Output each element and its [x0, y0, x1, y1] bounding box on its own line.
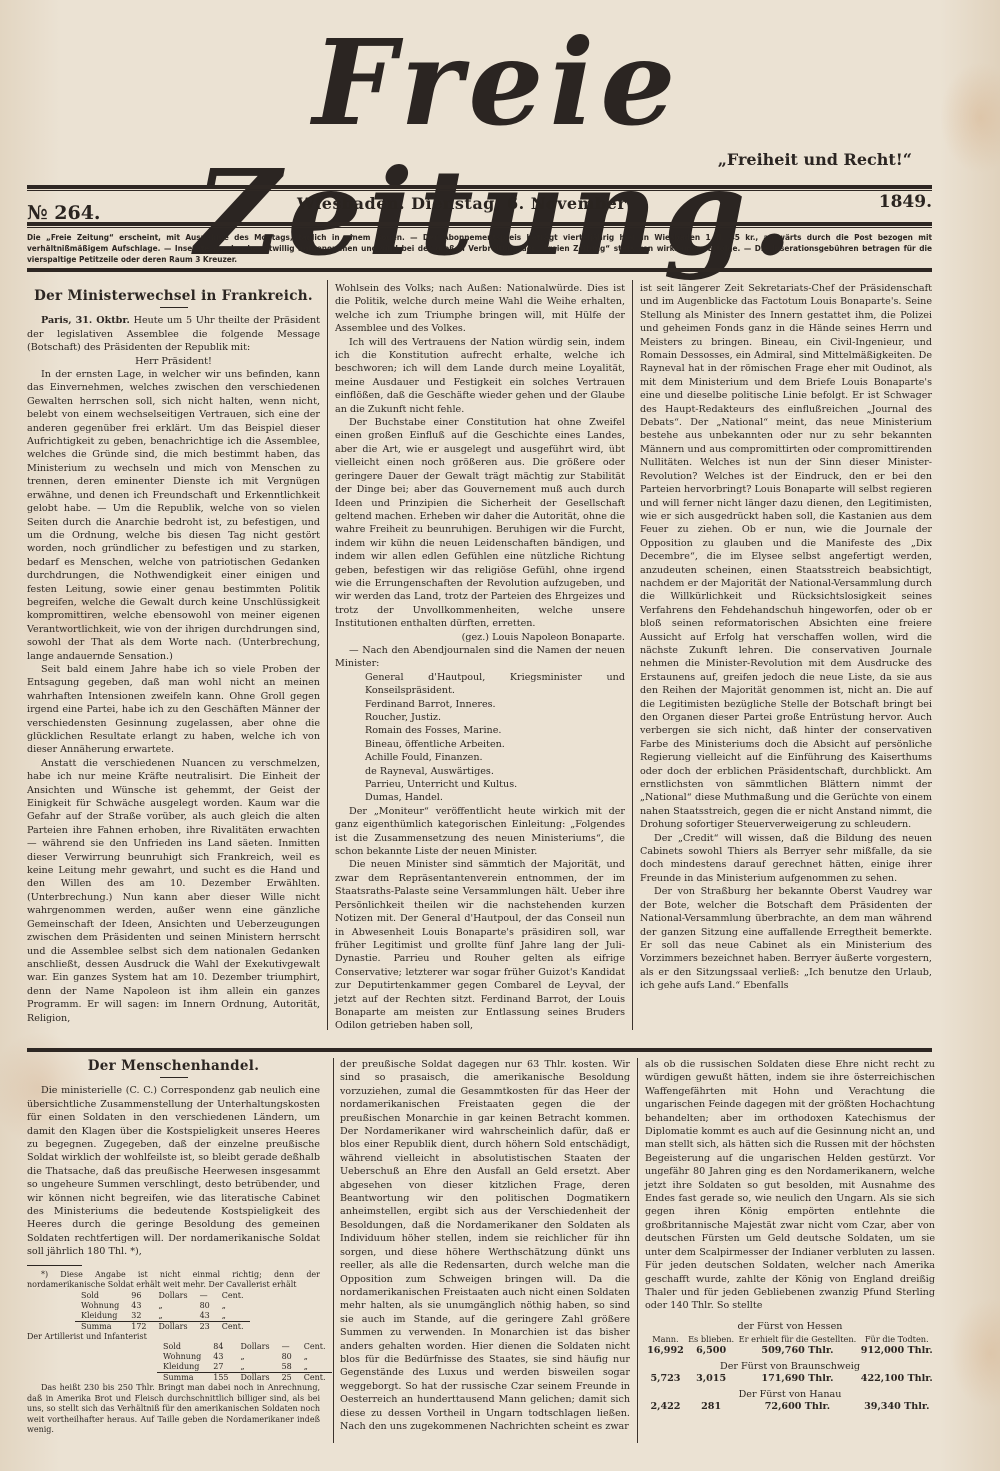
- table-row: Wohnung 43 „ 80 „: [75, 1301, 250, 1311]
- footnote: *) Diese Angabe ist nicht einmal richtig…: [27, 1270, 320, 1436]
- article1-paragraph: Der Buchstabe einer Constitution hat ohn…: [335, 416, 625, 631]
- cell-remained: 281: [686, 1401, 736, 1413]
- sum-cunit: Cent.: [216, 1321, 250, 1332]
- minister-item: Bineau, öffentliche Arbeiten.: [335, 738, 625, 751]
- pay-unit: Dollars: [235, 1342, 276, 1352]
- article1-headline: Der Ministerwechsel in Frankreich.: [27, 290, 320, 303]
- pay-cunit: „: [216, 1301, 250, 1311]
- pay-label: Wohnung: [157, 1352, 207, 1362]
- article1-column2: Wohlsein des Volks; nach Außen: National…: [335, 282, 625, 1033]
- article2-paragraph: Die ministerielle (C. C.) Correspondenz …: [27, 1084, 320, 1258]
- sum-dollars: 172: [125, 1321, 152, 1332]
- state-name: der Fürst von Hessen: [645, 1317, 935, 1333]
- column-divider: [637, 1058, 638, 1443]
- article2-paragraph: als ob die russischen Soldaten diese Ehr…: [645, 1058, 935, 1313]
- column-divider: [333, 1058, 334, 1443]
- column-divider: [327, 280, 328, 1030]
- minister-item: de Rayneval, Auswärtiges.: [335, 765, 625, 778]
- table-row: 2,422 281 72,600 Thlr. 39,340 Thlr.: [645, 1401, 935, 1413]
- pay-cents: 80: [276, 1352, 298, 1362]
- article2-column3: als ob die russischen Soldaten diese Ehr…: [645, 1058, 935, 1413]
- state-row: der Fürst von Hessen: [645, 1317, 935, 1333]
- cell-payment: 509,760 Thlr.: [736, 1345, 858, 1357]
- masthead-rule-top: [27, 185, 932, 189]
- column-header: Mann.: [645, 1333, 686, 1345]
- article1-column3: ist seit längerer Zeit Sekretariats-Chef…: [640, 282, 932, 993]
- notice-rule: [27, 268, 932, 272]
- cell-men: 5,723: [645, 1373, 686, 1385]
- footnote-intro: *) Diese Angabe ist nicht einmal richtig…: [27, 1270, 320, 1291]
- sum-unit: Dollars: [235, 1373, 276, 1384]
- salutation: Herr Präsident!: [27, 355, 320, 368]
- minister-item: Romain des Fosses, Marine.: [335, 724, 625, 737]
- sum-cents: 25: [276, 1373, 298, 1384]
- cell-payment: 171,690 Thlr.: [736, 1373, 858, 1385]
- cavalry-pay-table: Sold 96 Dollars — Cent. Wohnung 43 „ 80 …: [75, 1291, 250, 1332]
- minister-item: Ferdinand Barrot, Inneres.: [335, 698, 625, 711]
- state-name: Der Fürst von Braunschweig: [645, 1357, 935, 1373]
- section-rule: [27, 1048, 932, 1052]
- table-row: Sold 84 Dollars — Cent.: [157, 1342, 332, 1352]
- minister-item: Parrieu, Unterricht und Kultus.: [335, 778, 625, 791]
- pay-dollars: 84: [207, 1342, 234, 1352]
- table-row: Sold 96 Dollars — Cent.: [75, 1291, 250, 1301]
- headline-divider: [160, 1077, 188, 1078]
- infantry-label: Der Artillerist und Infanterist: [27, 1332, 320, 1343]
- headline-divider: [160, 307, 188, 308]
- article1-paragraph: ist seit längerer Zeit Sekretariats-Chef…: [640, 282, 932, 832]
- pay-cunit: Cent.: [298, 1342, 332, 1352]
- motto: „Freiheit und Recht!“: [718, 150, 912, 169]
- sum-cunit: Cent.: [298, 1373, 332, 1384]
- article2-column2: der preußische Soldat dagegen nur 63 Thl…: [340, 1058, 630, 1433]
- pay-unit: „: [153, 1311, 194, 1322]
- pay-cents: 80: [194, 1301, 216, 1311]
- cell-remained: 3,015: [686, 1373, 736, 1385]
- article1-paragraph: Der „Moniteur“ veröffentlicht heute wirk…: [335, 805, 625, 859]
- cell-dead: 912,000 Thlr.: [859, 1345, 935, 1357]
- cell-payment: 72,600 Thlr.: [736, 1401, 858, 1413]
- minister-item: Roucher, Justiz.: [335, 711, 625, 724]
- pay-cents: —: [194, 1291, 216, 1301]
- column-header: Er erhielt für die Gestellten.: [736, 1333, 858, 1345]
- pay-unit: „: [153, 1301, 194, 1311]
- article1-column1: Der Ministerwechsel in Frankreich. Paris…: [27, 280, 320, 1025]
- pay-cunit: „: [298, 1352, 332, 1362]
- article2-column1: Der Menschenhandel. Die ministerielle (C…: [27, 1056, 320, 1436]
- minister-item: Achille Fould, Finanzen.: [335, 751, 625, 764]
- pay-label: Kleidung: [157, 1362, 207, 1373]
- state-row: Der Fürst von Hanau: [645, 1385, 935, 1401]
- newspaper-page: Freie Zeitung. „Freiheit und Recht!“ № 2…: [22, 0, 972, 1471]
- sum-dollars: 155: [207, 1373, 234, 1384]
- masthead-rule-top-thin: [27, 190, 932, 191]
- pay-dollars: 96: [125, 1291, 152, 1301]
- cell-dead: 422,100 Thlr.: [859, 1373, 935, 1385]
- table-header-row: Mann. Es blieben. Er erhielt für die Ges…: [645, 1333, 935, 1345]
- footnote-rule: [27, 1265, 82, 1266]
- cell-dead: 39,340 Thlr.: [859, 1401, 935, 1413]
- ministers-intro: — Nach den Abendjournalen sind die Namen…: [335, 644, 625, 671]
- article1-paragraph: Seit bald einem Jahre habe ich so viele …: [27, 663, 320, 757]
- pay-dollars: 32: [125, 1311, 152, 1322]
- column-header: Für die Todten.: [859, 1333, 935, 1345]
- signature: (gez.) Louis Napoleon Bonaparte.: [335, 631, 625, 644]
- table-row: 16,992 6,500 509,760 Thlr. 912,000 Thlr.: [645, 1345, 935, 1357]
- pay-cents: 58: [276, 1362, 298, 1373]
- pay-cunit: Cent.: [216, 1291, 250, 1301]
- cell-men: 2,422: [645, 1401, 686, 1413]
- cell-remained: 6,500: [686, 1345, 736, 1357]
- table-row: Wohnung 43 „ 80 „: [157, 1352, 332, 1362]
- year: 1849.: [879, 192, 932, 212]
- pay-label: Sold: [157, 1342, 207, 1352]
- table-sum-row: Summa 155 Dollars 25 Cent.: [157, 1373, 332, 1384]
- state-name: Der Fürst von Hanau: [645, 1385, 935, 1401]
- article1-paragraph: Der von Straßburg her bekannte Oberst Va…: [640, 885, 932, 992]
- pay-unit: Dollars: [153, 1291, 194, 1301]
- minister-item: General d'Hautpoul, Kriegsminister und K…: [335, 671, 625, 698]
- article1-paragraph: Der „Credit“ will wissen, daß die Bildun…: [640, 832, 932, 886]
- article1-dateline: Paris, 31. Oktbr.: [41, 315, 130, 326]
- article2-paragraph: der preußische Soldat dagegen nur 63 Thl…: [340, 1058, 630, 1433]
- dateline: № 264. Wiesbaden. Dienstag, 6. November …: [27, 192, 932, 220]
- sum-label: Summa: [75, 1321, 125, 1332]
- sum-unit: Dollars: [153, 1321, 194, 1332]
- pay-label: Sold: [75, 1291, 125, 1301]
- article1-paragraph: Wohlsein des Volks; nach Außen: National…: [335, 282, 625, 336]
- pay-dollars: 43: [207, 1352, 234, 1362]
- pay-unit: „: [235, 1362, 276, 1373]
- masthead: Freie Zeitung. „Freiheit und Recht!“: [22, 0, 972, 200]
- pay-dollars: 27: [207, 1362, 234, 1373]
- table-row: Kleidung 27 „ 58 „: [157, 1362, 332, 1373]
- pay-cunit: „: [298, 1362, 332, 1373]
- pay-label: Wohnung: [75, 1301, 125, 1311]
- footnote-closing: Das heißt 230 bis 250 Thlr. Bringt man d…: [27, 1383, 320, 1436]
- state-row: Der Fürst von Braunschweig: [645, 1357, 935, 1373]
- table-row: Kleidung 32 „ 43 „: [75, 1311, 250, 1322]
- issue-number: № 264.: [27, 202, 101, 224]
- pay-cunit: „: [216, 1311, 250, 1322]
- column-header: Es blieben.: [686, 1333, 736, 1345]
- place-date: Wiesbaden. Dienstag, 6. November: [297, 194, 626, 213]
- article1-paragraph: Ich will des Vertrauens der Nation würdi…: [335, 336, 625, 416]
- pay-unit: „: [235, 1352, 276, 1362]
- pay-cents: —: [276, 1342, 298, 1352]
- infantry-pay-table: Sold 84 Dollars — Cent. Wohnung 43 „ 80 …: [157, 1342, 332, 1383]
- table-sum-row: Summa 172 Dollars 23 Cent.: [75, 1321, 250, 1332]
- column-divider: [632, 280, 633, 1030]
- minister-item: Dumas, Handel.: [335, 791, 625, 804]
- table-row: 5,723 3,015 171,690 Thlr. 422,100 Thlr.: [645, 1373, 935, 1385]
- pay-dollars: 43: [125, 1301, 152, 1311]
- sum-cents: 23: [194, 1321, 216, 1332]
- cell-men: 16,992: [645, 1345, 686, 1357]
- soldier-sale-table: der Fürst von Hessen Mann. Es blieben. E…: [645, 1317, 935, 1413]
- dateline-rule-thin: [27, 227, 932, 228]
- article1-paragraph: Die neuen Minister sind sämmtich der Maj…: [335, 858, 625, 1032]
- subscription-notice: Die „Freie Zeitung“ erscheint, mit Ausna…: [27, 232, 932, 265]
- sum-label: Summa: [157, 1373, 207, 1384]
- dateline-rule: [27, 222, 932, 226]
- article1-paragraph: Anstatt die verschiedenen Nuancen zu ver…: [27, 757, 320, 1025]
- article1-paragraph: In der ernsten Lage, in welcher wir uns …: [27, 368, 320, 663]
- pay-cents: 43: [194, 1311, 216, 1322]
- article2-headline: Der Menschenhandel.: [27, 1060, 320, 1073]
- pay-label: Kleidung: [75, 1311, 125, 1322]
